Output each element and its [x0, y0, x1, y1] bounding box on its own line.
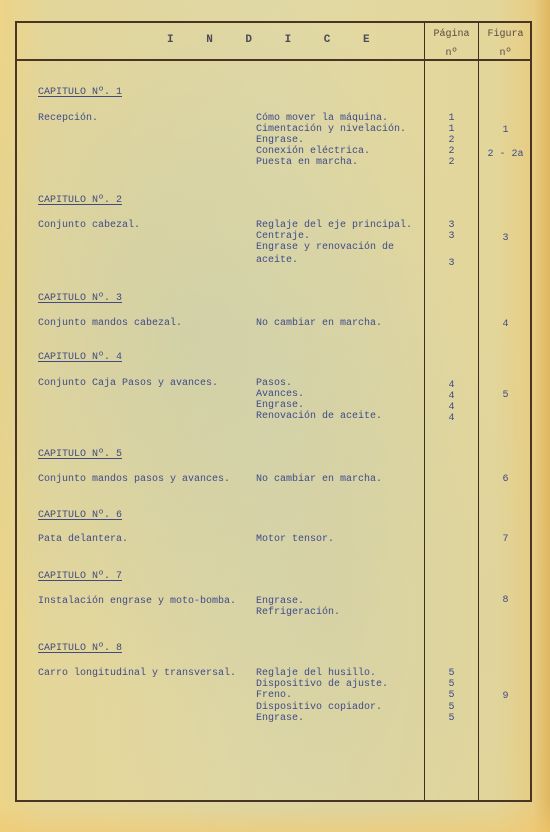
topic-item: Engrase y renovación de	[256, 242, 394, 254]
chapter-subject: Conjunto mandos pasos y avances.	[38, 474, 230, 486]
figure-number: 8	[479, 595, 532, 607]
figure-number: 7	[479, 534, 532, 546]
page-number: 3	[425, 258, 478, 270]
topic-item: Refrigeración.	[256, 607, 340, 619]
page-number: 4	[425, 413, 478, 425]
pagina-column-header: Página nº	[425, 25, 478, 63]
topic-item: No cambiar en marcha.	[256, 474, 382, 486]
topic-item: aceite.	[256, 255, 298, 267]
chapter-subject: Pata delantera.	[38, 534, 128, 546]
chapter-subject: Conjunto mandos cabezal.	[38, 318, 182, 330]
chapter-subject: Conjunto cabezal.	[38, 220, 140, 232]
topic-item: Freno.	[256, 690, 292, 702]
figure-number: 9	[479, 691, 532, 703]
figure-number: 1	[479, 125, 532, 137]
page-number: 5	[425, 690, 478, 702]
figura-sub-label: nº	[479, 44, 532, 63]
figure-number: 5	[479, 390, 532, 402]
chapter-subject: Instalación engrase y moto-bomba.	[38, 596, 236, 608]
index-table: I N D I C E Página nº Figura nº CAPITULO…	[15, 21, 532, 802]
figura-column-divider	[478, 23, 479, 800]
table-header: I N D I C E Página nº Figura nº	[17, 23, 530, 61]
chapter-heading: CAPITULO Nº. 1	[38, 87, 122, 99]
page-number: 5	[425, 713, 478, 725]
topic-item: Engrase.	[256, 713, 304, 725]
page-number: 2	[425, 157, 478, 169]
figura-label: Figura	[479, 25, 532, 44]
paper-edge-shadow	[534, 0, 550, 832]
pagina-label: Página	[425, 25, 478, 44]
chapter-heading: CAPITULO Nº. 5	[38, 449, 122, 461]
topic-item: No cambiar en marcha.	[256, 318, 382, 330]
chapter-subject: Conjunto Caja Pasos y avances.	[38, 378, 218, 390]
page-number: 3	[425, 231, 478, 243]
page-title: I N D I C E	[167, 34, 383, 46]
figure-number: 2 - 2a	[479, 149, 532, 161]
chapter-subject: Recepción.	[38, 113, 98, 125]
topic-item: Puesta en marcha.	[256, 157, 358, 169]
chapter-heading: CAPITULO Nº. 2	[38, 195, 122, 207]
topic-item: Motor tensor.	[256, 534, 334, 546]
chapter-subject: Carro longitudinal y transversal.	[38, 668, 236, 680]
figure-number: 6	[479, 474, 532, 486]
chapter-heading: CAPITULO Nº. 8	[38, 643, 122, 655]
pagina-sub-label: nº	[425, 44, 478, 63]
chapter-heading: CAPITULO Nº. 7	[38, 571, 122, 583]
figure-number: 4	[479, 319, 532, 331]
topic-item: Renovación de aceite.	[256, 411, 382, 423]
paper-bottom-margin	[0, 802, 550, 832]
chapter-heading: CAPITULO Nº. 6	[38, 510, 122, 522]
figura-column-header: Figura nº	[479, 25, 532, 63]
chapter-heading: CAPITULO Nº. 4	[38, 352, 122, 364]
figure-number: 3	[479, 233, 532, 245]
chapter-heading: CAPITULO Nº. 3	[38, 293, 122, 305]
